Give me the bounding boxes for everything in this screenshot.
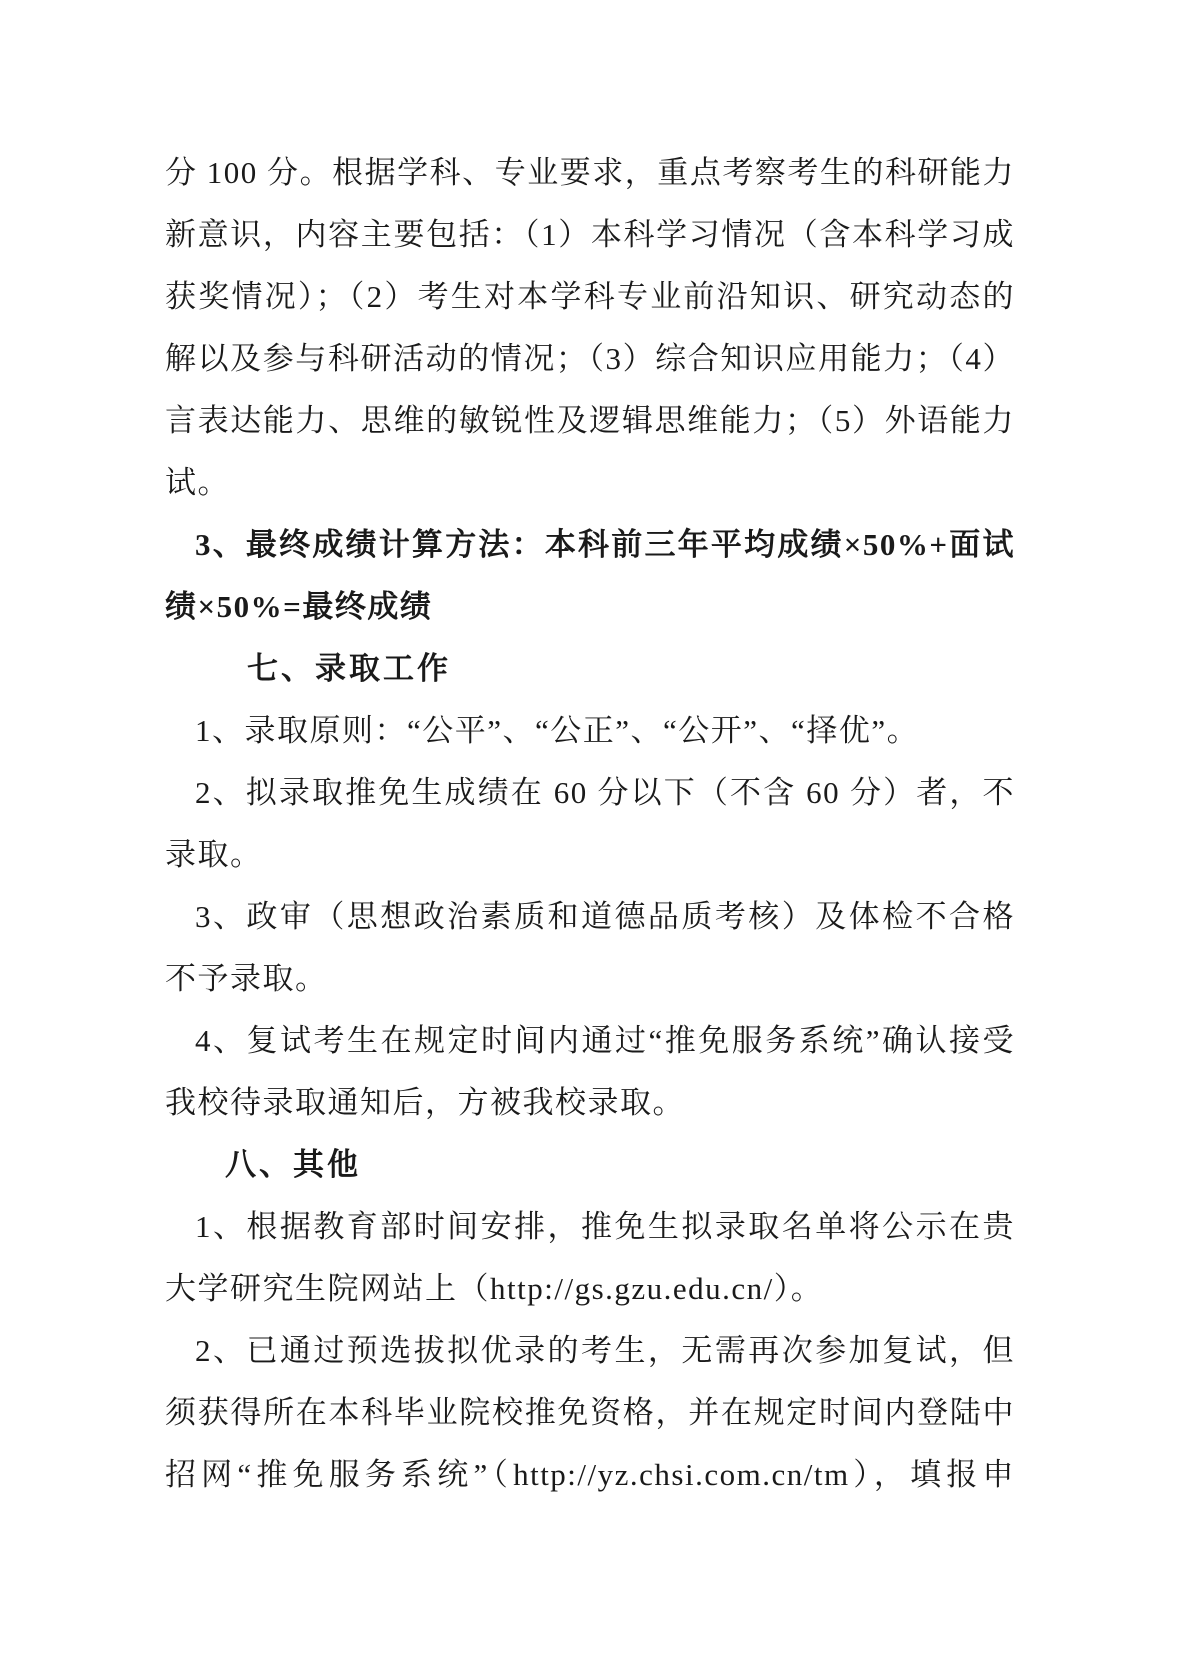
document-line: 3、最终成绩计算方法：本科前三年平均成绩×50%+面试成 (165, 514, 1015, 576)
document-line: 分 100 分。根据学科、专业要求，重点考察考生的科研能力及创 (165, 142, 1015, 204)
document-line: 录取。 (165, 824, 1015, 886)
section-heading: 七、录取工作 (165, 638, 1015, 700)
document-line: 言表达能力、思维的敏锐性及逻辑思维能力；（5）外语能力测 (165, 390, 1015, 452)
section-heading: 八、其他 (165, 1134, 1015, 1196)
document-line: 解以及参与科研活动的情况；（3）综合知识应用能力；（4）语 (165, 328, 1015, 390)
document-line: 1、根据教育部时间安排，推免生拟录取名单将公示在贵州 (165, 1196, 1015, 1258)
document-line: 2、已通过预选拔拟优录的考生，无需再次参加复试，但必 (165, 1320, 1015, 1382)
document-line: 1、录取原则：“公平”、“公正”、“公开”、“择优”。 (165, 700, 1015, 762)
document-line: 招网“推免服务系统”（http://yz.chsi.com.cn/tm），填报申 (165, 1444, 1015, 1506)
document-line: 获奖情况）；（2）考生对本学科专业前沿知识、研究动态的了 (165, 266, 1015, 328)
document-line: 2、拟录取推免生成绩在 60 分以下（不含 60 分）者，不予 (165, 762, 1015, 824)
text-block: 分 100 分。根据学科、专业要求，重点考察考生的科研能力及创 新意识，内容主要… (165, 142, 1015, 1506)
document-line: 大学研究生院网站上（http://gs.gzu.edu.cn/）。 (165, 1258, 1015, 1320)
document-page: 分 100 分。根据学科、专业要求，重点考察考生的科研能力及创 新意识，内容主要… (0, 0, 1182, 1670)
document-line: 新意识，内容主要包括：（1）本科学习情况（含本科学习成绩、 (165, 204, 1015, 266)
document-line: 绩×50%=最终成绩 (165, 576, 1015, 638)
document-line: 试。 (165, 452, 1015, 514)
document-line: 须获得所在本科毕业院校推免资格，并在规定时间内登陆中国研 (165, 1382, 1015, 1444)
document-line: 我校待录取通知后，方被我校录取。 (165, 1072, 1015, 1134)
document-line: 不予录取。 (165, 948, 1015, 1010)
document-line: 4、复试考生在规定时间内通过“推免服务系统”确认接受 (165, 1010, 1015, 1072)
document-line: 3、政审（思想政治素质和道德品质考核）及体检不合格者 (165, 886, 1015, 948)
